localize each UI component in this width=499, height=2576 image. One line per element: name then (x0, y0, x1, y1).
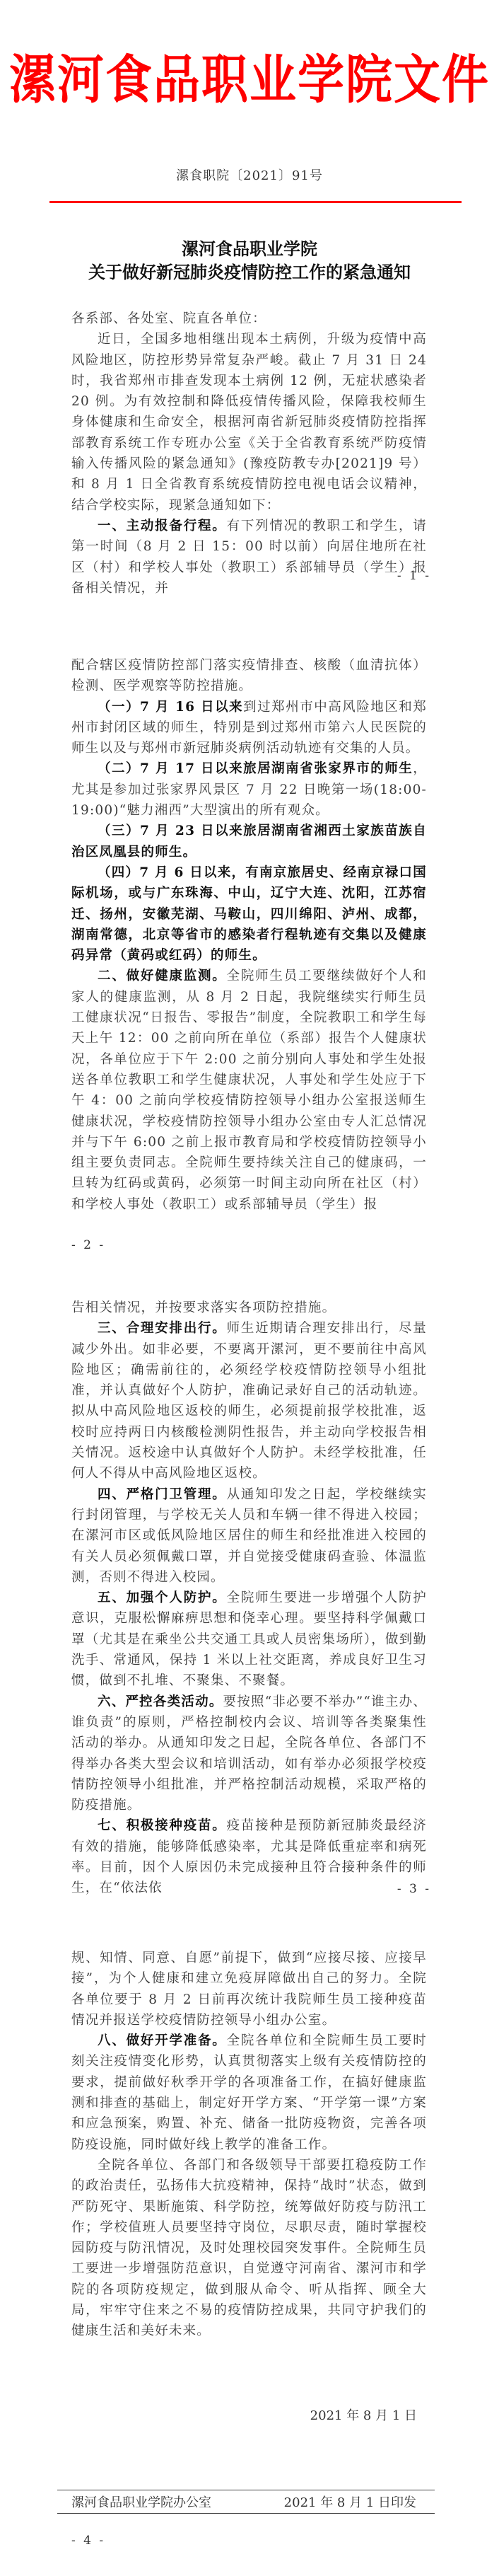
section-7-title: 七、积极接种疫苗。 (98, 1818, 227, 1833)
page-2-body: 配合辖区疫情防控部门落实疫情排查、核酸（血清抗体）检测、医学观察等防控措施。 （… (71, 655, 427, 1215)
section-7-paragraph: 七、积极接种疫苗。疫苗接种是预防新冠肺炎最经济有效的措施，能够降低感染率，尤其是… (71, 1815, 427, 1898)
signature-date: 2021 年 8 月 1 日 (304, 2408, 417, 2425)
section-3-paragraph: 三、合理安排出行。师生近期请合理安排出行，尽量减少外出。如非必要，不要离开漯河，… (71, 1318, 427, 1484)
section-4-title: 四、严格门卫管理。 (98, 1487, 227, 1502)
footer-rule-bottom (57, 2513, 435, 2514)
section-3-title: 三、合理安排出行。 (98, 1321, 227, 1336)
red-divider (49, 201, 462, 203)
closing-paragraph: 全院各单位、各部门和各级领导干部要扛稳疫防工作的政治责任，弘扬伟大抗疫精神，保持… (71, 2155, 427, 2342)
section-2-paragraph: 二、做好健康监测。全院师生员工要继续做好个人和家人的健康监测，从 8 月 2 日… (71, 966, 427, 1215)
section-2-text: 全院师生员工要继续做好个人和家人的健康监测，从 8 月 2 日起，我院继续实行师… (71, 969, 427, 1211)
footer-print-date: 2021 年 8 月 1 日印发 (284, 2495, 416, 2512)
section-2-title: 二、做好健康监测。 (98, 969, 227, 983)
section-1-paragraph: 一、主动报备行程。有下列情况的教职工和学生，请第一时间（8 月 2 日 15：0… (71, 516, 427, 599)
section-8-paragraph: 八、做好开学准备。全院各单位和全院师生员工要时刻关注疫情变化形势，认真贯彻落实上… (71, 2031, 427, 2155)
page-number-4: - 4 - (71, 2533, 105, 2548)
section-8-title: 八、做好开学准备。 (98, 2033, 227, 2048)
item-1-lead: （一）7 月 16 日以来 (98, 700, 243, 715)
section-6-text: 要按照“非必要不举办”“谁主办、谁负责”的原则，严格控制校内会议、培训等各类聚集… (71, 1694, 427, 1813)
item-2: （二）7 月 17 日以来旅居湖南省张家界市的师生，尤其是参加过张家界风景区 7… (71, 758, 427, 821)
section-6-paragraph: 六、严控各类活动。要按照“非必要不举办”“谁主办、谁负责”的原则，严格控制校内会… (71, 1692, 427, 1816)
notice-title-line2: 关于做好新冠肺炎疫情防控工作的紧急通知 (0, 261, 499, 284)
item-4: （四）7 月 6 日以来，有南京旅居史、经南京禄口国际机场，或与广东珠海、中山，… (71, 862, 427, 966)
intro-paragraph: 近日，全国多地相继出现本土病例，升级为疫情中高风险地区，防控形势异常复杂严峻。截… (71, 329, 427, 516)
page-number-2: - 2 - (71, 1237, 105, 1253)
document-number: 漯食职院〔2021〕91号 (0, 168, 499, 185)
page-number-3: - 3 - (396, 1881, 431, 1897)
section-7-continued: 规、知情、同意、自愿”前提下，做到“应接尽接、应接早接”，为个人健康和建立免疫屏… (71, 1948, 427, 2031)
salutation: 各系部、各处室、院直各单位： (71, 308, 427, 329)
page-4-body: 规、知情、同意、自愿”前提下，做到“应接尽接、应接早接”，为个人健康和建立免疫屏… (71, 1948, 427, 2342)
section-6-title: 六、严控各类活动。 (98, 1694, 223, 1709)
page-1-body: 各系部、各处室、院直各单位： 近日，全国多地相继出现本土病例，升级为疫情中高风险… (71, 308, 427, 599)
section-5-title: 五、加强个人防护。 (98, 1590, 227, 1605)
issuer-title: 漯河食品职业学院文件 (0, 44, 499, 115)
print-footer: 漯河食品职业学院办公室 2021 年 8 月 1 日印发 (71, 2495, 416, 2512)
item-3: （三）7 月 23 日以来旅居湖南省湘西土家族苗族自治区凤凰县的师生。 (71, 821, 427, 862)
footer-rule-top (57, 2490, 435, 2490)
section-4-paragraph: 四、严格门卫管理。从通知印发之日起，学校继续实行封闭管理，与学校无关人员和车辆一… (71, 1484, 427, 1588)
notice-title-line1: 漯河食品职业学院 (0, 238, 499, 260)
section-5-paragraph: 五、加强个人防护。全院师生要进一步增强个人防护意识，克服松懈麻痹思想和侥幸心理。… (71, 1588, 427, 1691)
section-1-continued: 配合辖区疫情防控部门落实疫情排查、核酸（血清抗体）检测、医学观察等防控措施。 (71, 655, 427, 697)
section-1-title: 一、主动报备行程。 (98, 519, 227, 533)
section-3-text: 师生近期请合理安排出行，尽量减少外出。如非必要，不要离开漯河，更不要前往中高风险… (71, 1321, 427, 1481)
page-number-1: - 1 - (396, 568, 431, 584)
item-2-lead: （二）7 月 17 日以来旅居湖南省张家界市的师生 (98, 761, 413, 776)
page-3-body: 告相关情况，并按要求落实各项防控措施。 三、合理安排出行。师生近期请合理安排出行… (71, 1298, 427, 1899)
footer-issuer: 漯河食品职业学院办公室 (71, 2495, 211, 2512)
section-8-text: 全院各单位和全院师生员工要时刻关注疫情变化形势，认真贯彻落实上级有关疫情防控的要… (71, 2033, 427, 2152)
section-2-continued: 告相关情况，并按要求落实各项防控措施。 (71, 1298, 427, 1318)
item-1: （一）7 月 16 日以来到过郑州市中高风险地区和郑州市封闭区域的师生，特别是到… (71, 697, 427, 759)
